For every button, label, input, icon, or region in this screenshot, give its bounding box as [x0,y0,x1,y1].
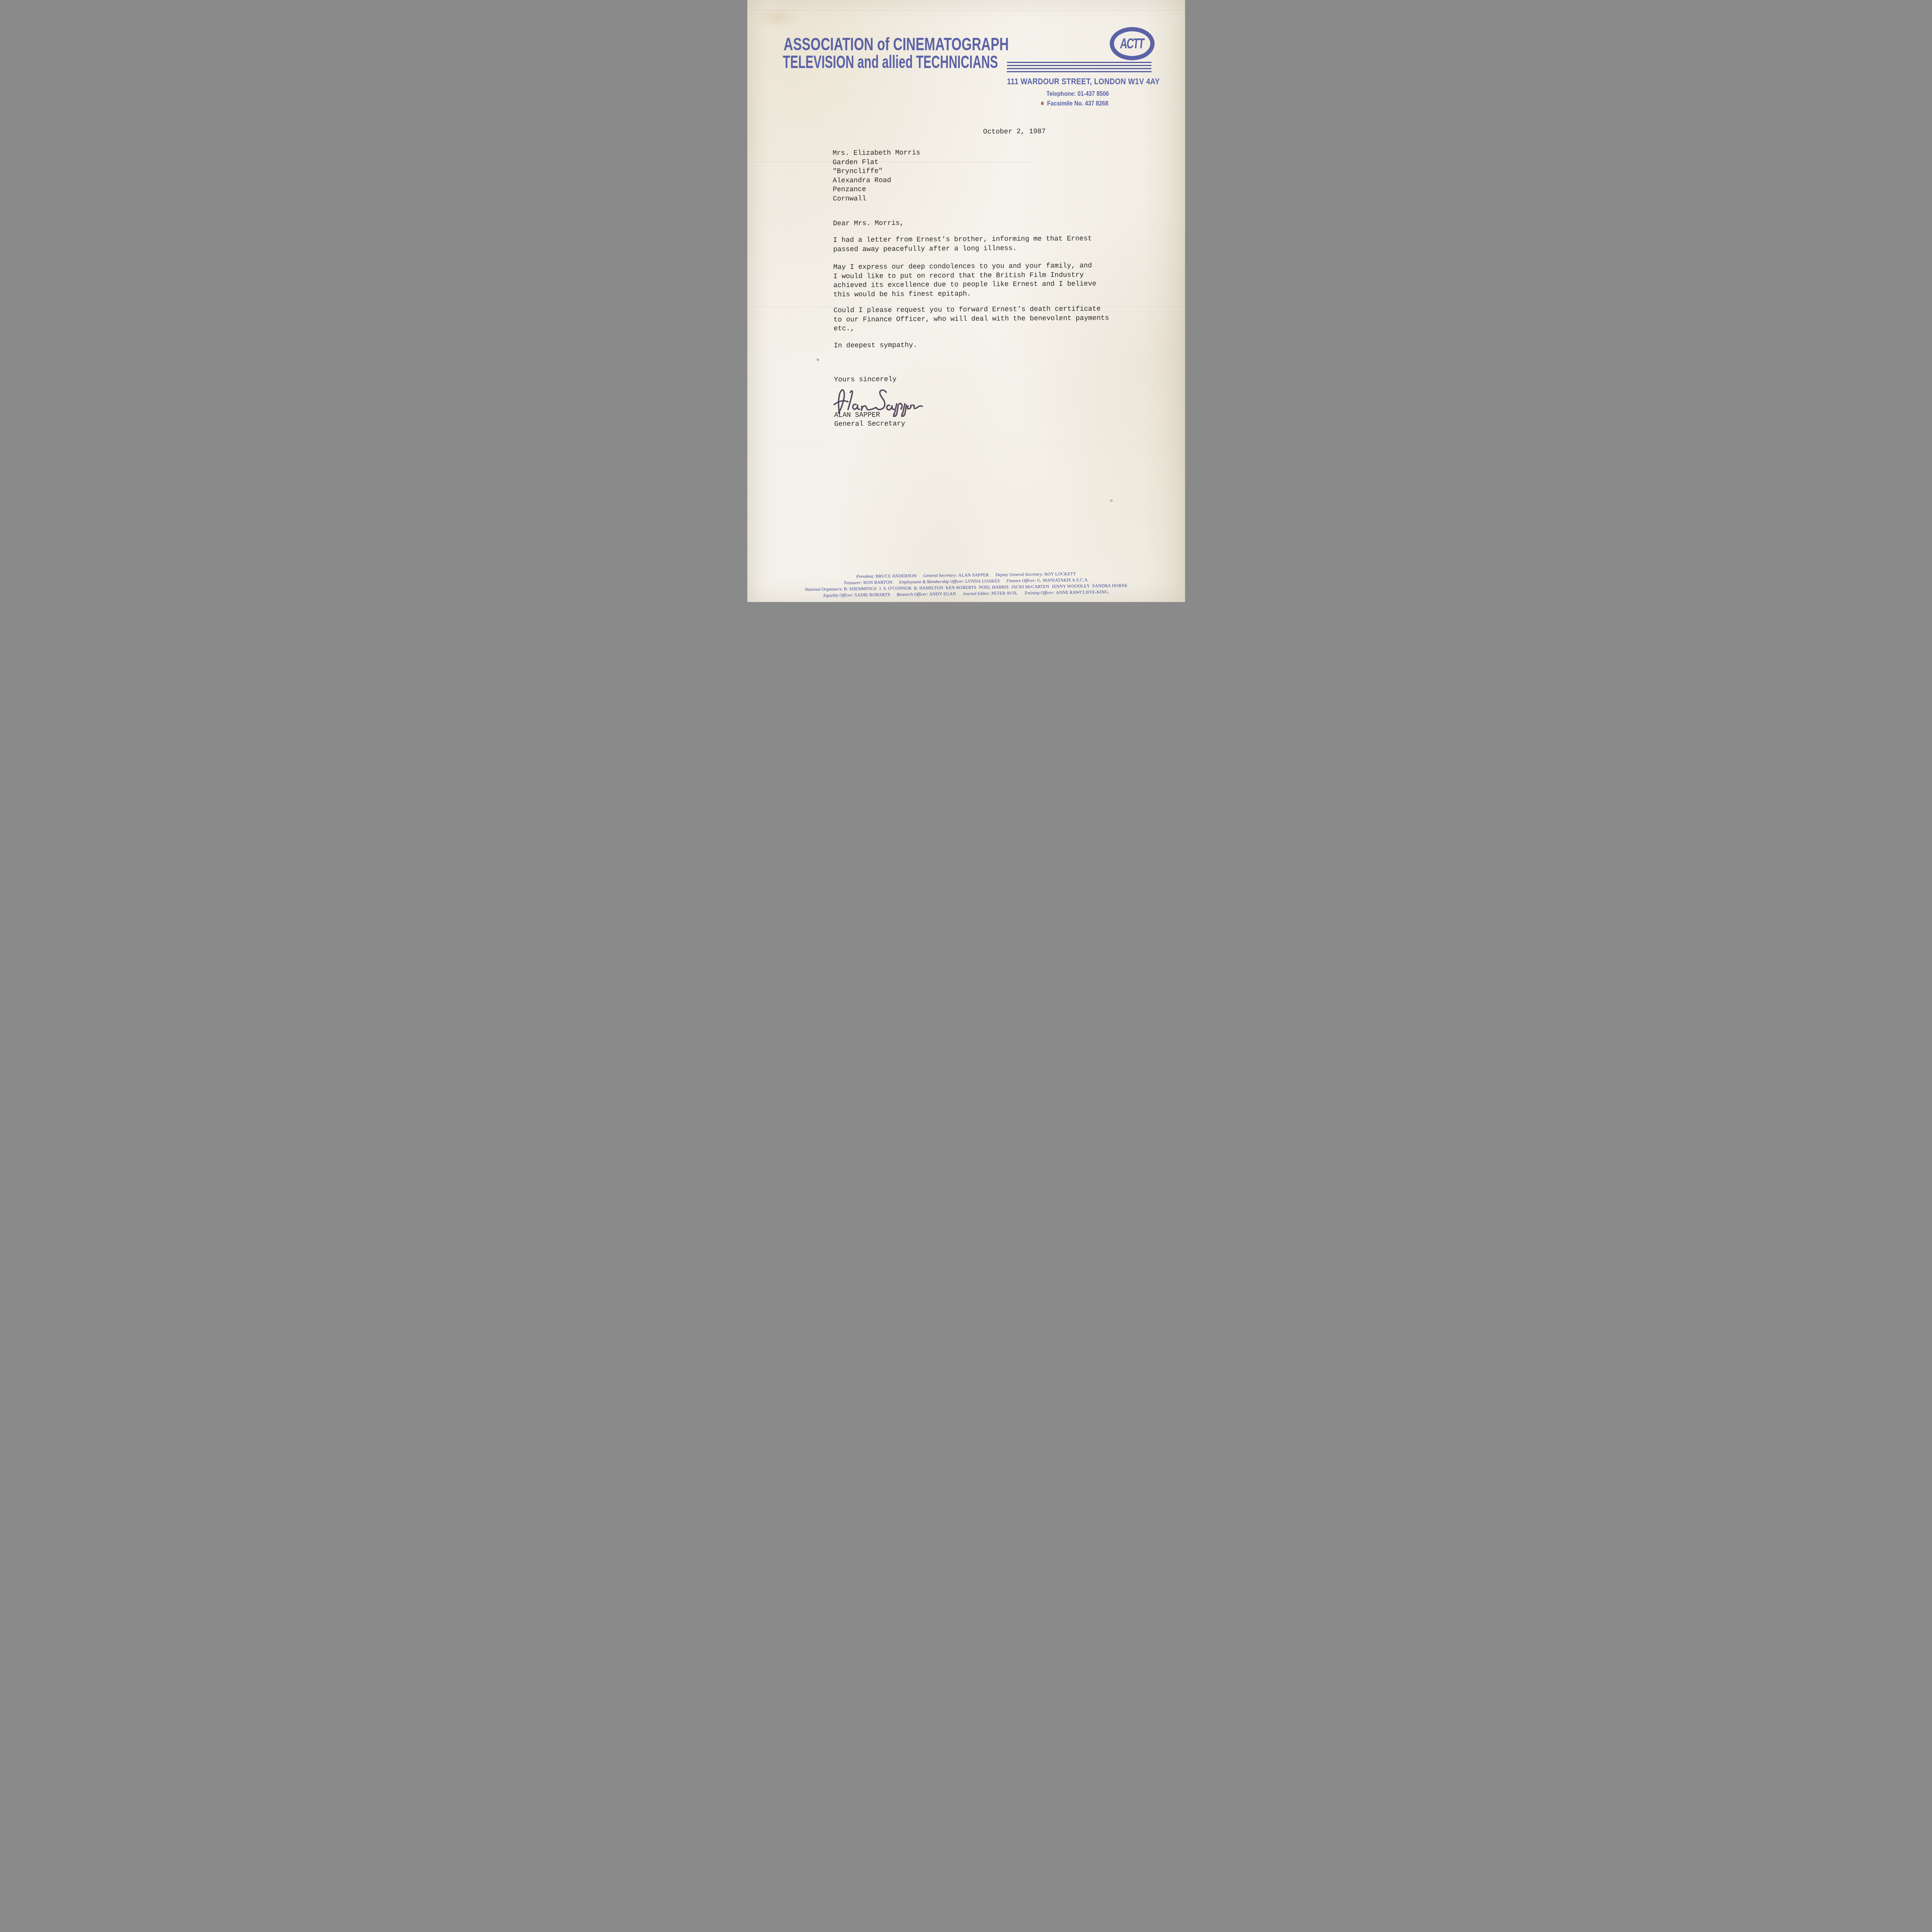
officer-name: LYNDA LOAKES [965,579,1000,584]
officer-name: ROY LOCKETT [1044,572,1076,577]
officer-role: General Secretary: [923,573,957,578]
body-paragraph-1: I had a letter from Ernest's brother, in… [833,235,1092,254]
officer-role: Research Officer: [896,592,928,597]
officer-entry: Employment & Membership Officer: LYNDA L… [899,579,1000,585]
recipient-address: Mrs. Elizabeth Morris Garden Flat "Brync… [832,149,920,204]
officer-name: RON BARTON [863,580,893,585]
signer-title: General Secretary [834,420,905,429]
officer-name: BRUCE ANDERSON [876,574,917,579]
letter-date: October 2, 1987 [983,128,1046,137]
officer-entry: Research Officer: ANDY EGAN [896,592,956,597]
officer-name: PETER AVIS, [991,591,1017,596]
officer-role: Equality Officer: [823,593,853,598]
body-paragraph-2: May I express our deep condolences to yo… [833,262,1096,299]
officer-role: Employment & Membership Officer: [899,579,964,585]
officer-role: Finance Officer: [1006,578,1036,583]
officer-entry: Treasurer: RON BARTON [843,580,892,585]
salutation: Dear Mrs. Morris, [833,219,904,229]
officer-entry: Deputy General Secretary: ROY LOCKETT [995,572,1076,578]
officer-role: Journal Editor: [963,591,990,596]
valediction: Yours sincerely [834,375,896,384]
officer-name: G. MANIATAKIS A.S.C.A. [1037,578,1089,583]
officer-role: Deputy General Secretary: [995,572,1043,578]
officer-role: Training Officer: [1024,590,1054,595]
officer-role: Treasurer: [843,580,862,585]
officer-entry: Finance Officer: G. MANIATAKIS A.S.C.A. [1006,578,1088,583]
closing-line: In deepest sympathy. [833,341,917,351]
officer-role: President: [856,574,874,579]
letter-page: ASSOCIATION of CINEMATOGRAPH TELEVISION … [747,0,1185,602]
officer-name: ANDY EGAN [929,592,956,597]
typed-letter-body: October 2, 1987 Mrs. Elizabeth Morris Ga… [747,0,1185,602]
officer-entry: General Secretary: ALAN SAPPER [923,573,989,578]
officer-name: ALAN SAPPER [958,573,989,578]
officer-entry: Journal Editor: PETER AVIS, [963,591,1018,596]
officer-name: SADIE ROBARTS [854,592,890,597]
signer-name: ALAN SAPPER [834,411,880,420]
officer-entry: Training Officer: ANNE RAWCLIFFE-KING. [1024,590,1109,595]
officer-entry: President: BRUCE ANDERSON [856,574,916,579]
officer-name: ANNE RAWCLIFFE-KING. [1056,590,1109,595]
officer-entry: Equality Officer: SADIE ROBARTS [823,592,890,598]
body-paragraph-3: Could I please request you to forward Er… [833,305,1109,334]
officer-role: National Organisers: [804,587,842,592]
